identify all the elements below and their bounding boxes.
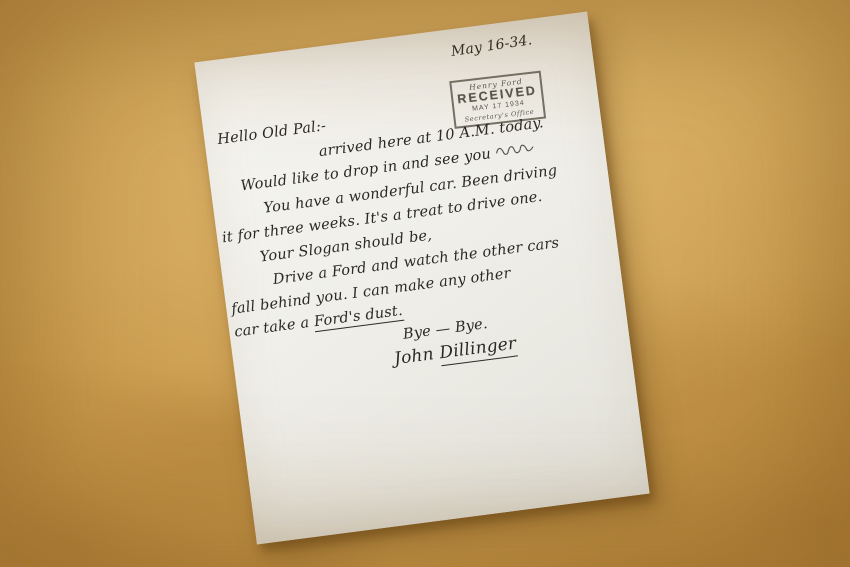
letter-line-text: car take a — [233, 315, 310, 341]
signature-first-name: John — [393, 344, 435, 369]
letter-paper: May 16-34. Henry Ford RECEIVED MAY 17 19… — [194, 12, 649, 545]
photo-background: May 16-34. Henry Ford RECEIVED MAY 17 19… — [0, 0, 850, 567]
letter-content: May 16-34. Henry Ford RECEIVED MAY 17 19… — [194, 12, 649, 545]
scribble-crossout-icon — [495, 140, 540, 158]
underlined-phrase: Ford's dust. — [313, 303, 404, 332]
letter-salutation: Hello Old Pal:- — [217, 118, 328, 148]
letter-date: May 16-34. — [450, 32, 533, 60]
signature-last-name: Dillinger — [438, 334, 518, 367]
